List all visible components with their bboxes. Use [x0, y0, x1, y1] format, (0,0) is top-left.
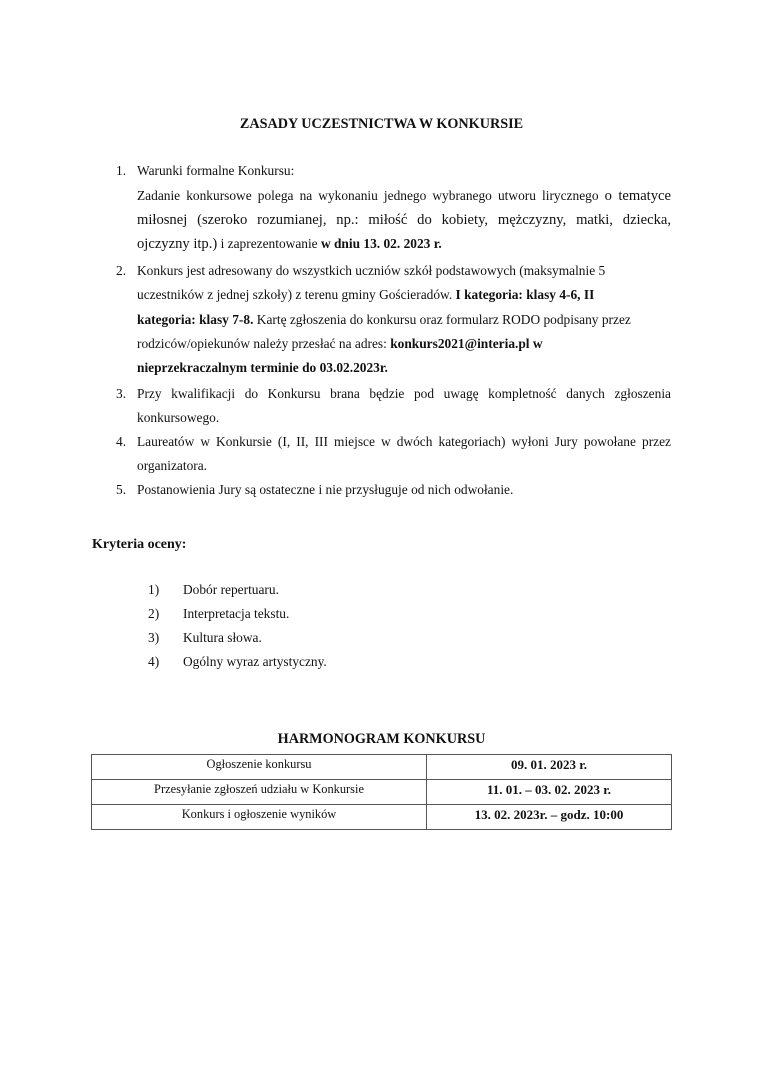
rule-number: 4. [116, 434, 126, 450]
rule-number: 2. [116, 263, 126, 279]
rule-text-line: miłosnej (szeroko rozumianej, np.: miłoś… [137, 212, 671, 229]
rule-text-line: Warunki formalne Konkursu: [137, 163, 294, 179]
rule-number: 1. [116, 163, 126, 179]
rule-text-line: Zadanie konkursowe polega na wykonaniu j… [137, 188, 671, 205]
criteria-number: 3) [148, 630, 159, 646]
schedule-title: HARMONOGRAM KONKURSU [0, 731, 763, 748]
schedule-date: 13. 02. 2023r. – godz. 10:00 [427, 805, 672, 830]
table-row: Konkurs i ogłoszenie wyników13. 02. 2023… [92, 805, 672, 830]
rule-text-line: organizatora. [137, 458, 207, 474]
table-row: Ogłoszenie konkursu09. 01. 2023 r. [92, 755, 672, 780]
rule-text-line: nieprzekraczalnym terminie do 03.02.2023… [137, 360, 388, 376]
schedule-date: 09. 01. 2023 r. [427, 755, 672, 780]
criteria-item: Ogólny wyraz artystyczny. [183, 654, 327, 670]
criteria-number: 1) [148, 582, 159, 598]
rule-text-line: kategoria: klasy 7-8. Kartę zgłoszenia d… [137, 312, 631, 328]
criteria-item: Interpretacja tekstu. [183, 606, 289, 622]
rule-number: 3. [116, 386, 126, 402]
rule-text-line: konkursowego. [137, 410, 219, 426]
rule-text-line: rodziców/opiekunów należy przesłać na ad… [137, 336, 543, 352]
rule-text-line: Konkurs jest adresowany do wszystkich uc… [137, 263, 605, 279]
rule-text-line: Postanowienia Jury są ostateczne i nie p… [137, 482, 513, 498]
rule-number: 5. [116, 482, 126, 498]
rule-text-line: Laureatów w Konkursie (I, II, III miejsc… [137, 434, 671, 450]
schedule-event: Konkurs i ogłoszenie wyników [92, 805, 427, 830]
criteria-item: Kultura słowa. [183, 630, 262, 646]
criteria-number: 4) [148, 654, 159, 670]
schedule-event: Przesyłanie zgłoszeń udziału w Konkursie [92, 780, 427, 805]
criteria-heading: Kryteria oceny: [92, 537, 186, 553]
rule-text-line: ojczyzny itp.) i zaprezentowanie w dniu … [137, 236, 442, 253]
criteria-item: Dobór repertuaru. [183, 582, 279, 598]
document-title: ZASADY UCZESTNICTWA W KONKURSIE [0, 116, 763, 133]
rule-text-line: Przy kwalifikacji do Konkursu brana będz… [137, 386, 671, 402]
rule-text-line: uczestników z jednej szkoły) z terenu gm… [137, 287, 594, 303]
table-row: Przesyłanie zgłoszeń udziału w Konkursie… [92, 780, 672, 805]
schedule-event: Ogłoszenie konkursu [92, 755, 427, 780]
schedule-table: Ogłoszenie konkursu09. 01. 2023 r.Przesy… [91, 754, 672, 830]
schedule-date: 11. 01. – 03. 02. 2023 r. [427, 780, 672, 805]
criteria-number: 2) [148, 606, 159, 622]
